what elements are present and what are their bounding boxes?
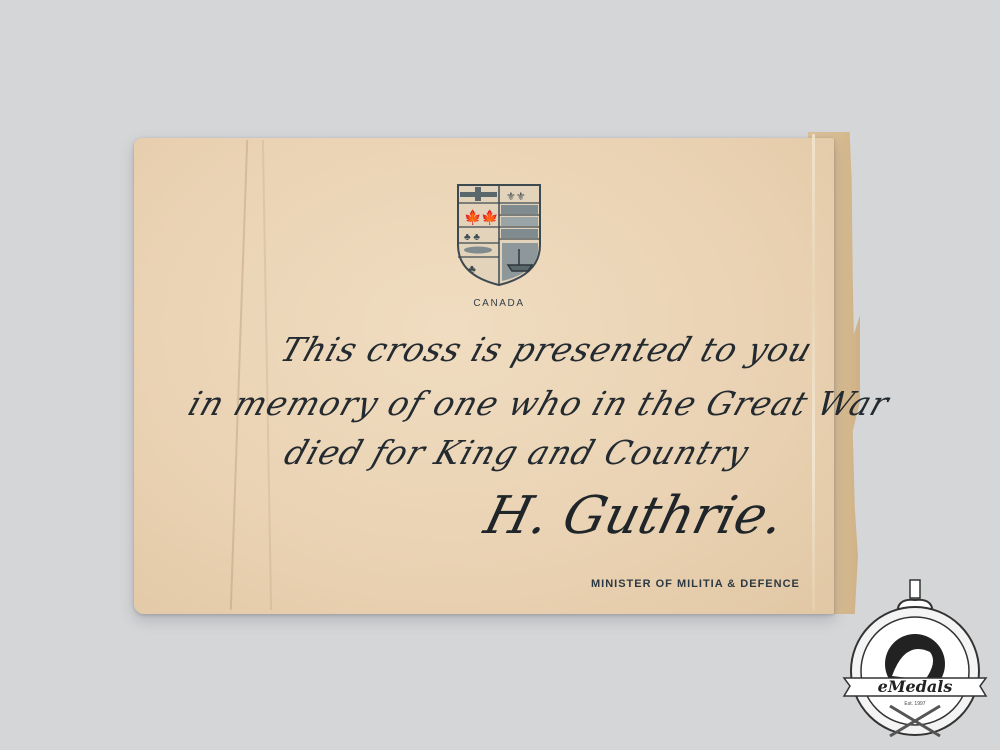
svg-text:♣ ♣: ♣ ♣ — [464, 232, 480, 243]
tear-line — [812, 134, 815, 610]
signatory-title: MINISTER OF MILITIA & DEFENCE — [591, 578, 800, 590]
svg-text:♣: ♣ — [468, 262, 476, 276]
logo-brand-text: eMedals — [878, 677, 953, 696]
svg-text:🍁🍁: 🍁🍁 — [464, 209, 499, 226]
crest-label: CANADA — [440, 298, 558, 309]
canada-coat-of-arms-icon: ⚜⚜ 🍁🍁 ♣ ♣ ♣ — [456, 183, 542, 287]
svg-text:⚜⚜: ⚜⚜ — [506, 191, 526, 203]
inscription-line-3: died for King and Country — [280, 433, 755, 472]
inscription-line-1: This cross is presented to you — [276, 330, 818, 369]
signature: H. Guthrie. — [479, 486, 791, 546]
photo-stage: ⚜⚜ 🍁🍁 ♣ ♣ ♣ CANADA This cross is present… — [0, 0, 1000, 750]
emedals-watermark-logo-icon: eMedals Est. 1997 — [840, 576, 990, 746]
svg-text:Est. 1997: Est. 1997 — [904, 701, 925, 707]
inscription-line-2: in memory of one who in the Great War — [184, 384, 895, 423]
